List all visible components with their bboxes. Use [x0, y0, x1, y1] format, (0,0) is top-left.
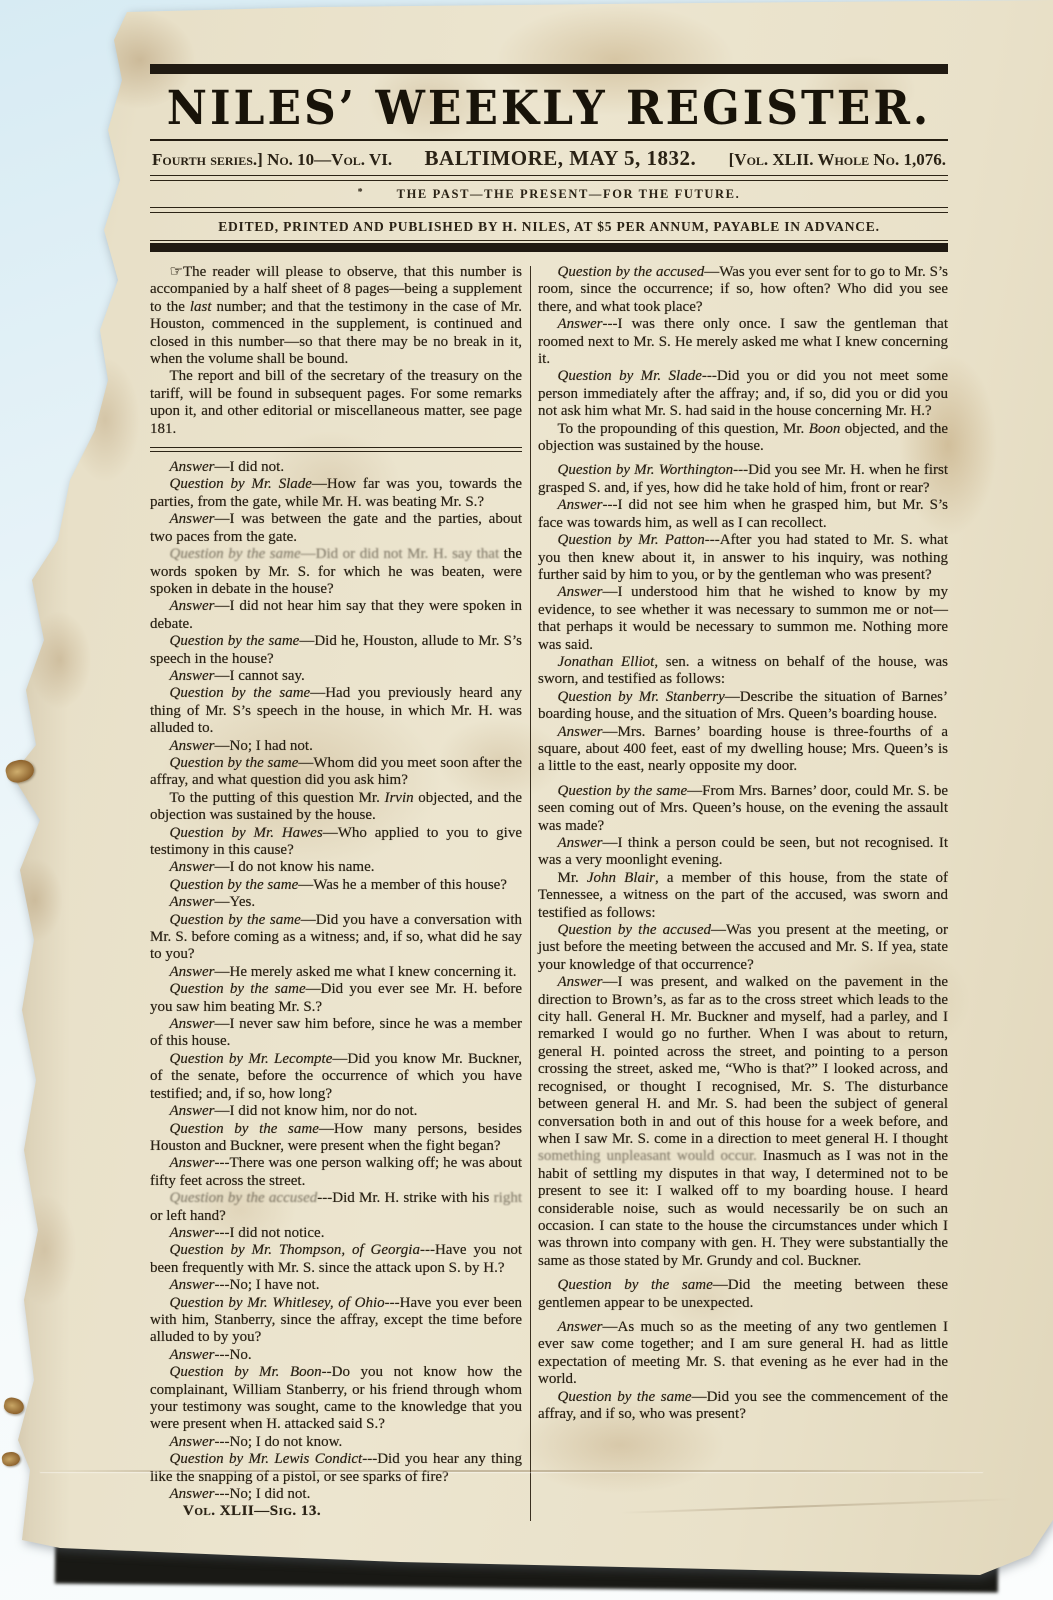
paragraph: To the putting of this question Mr. Irvi…: [150, 790, 522, 825]
rule-above-bottom-bar: [150, 240, 948, 241]
column-left: ☞The reader will please to observe, that…: [150, 264, 522, 1521]
masthead-title: NILES’ WEEKLY REGISTER.: [150, 81, 948, 135]
volume-whole-number-label: [Vol. XLII. Whole No. 1,076.: [729, 150, 946, 170]
volume-signature: Vol. XLII—Sig. 13.: [150, 1503, 522, 1520]
paragraph: Question by Mr. Whitlesey, of Ohio---Hav…: [150, 1295, 522, 1347]
paragraph: Question by the same—Whom did you meet s…: [150, 755, 522, 790]
paragraph: Question by the same—How many persons, b…: [150, 1121, 522, 1156]
paragraph: Answer—I did not know him, nor do not.: [150, 1103, 522, 1120]
scanned-page: NILES’ WEEKLY REGISTER. Fourth series.] …: [0, 0, 1053, 1600]
paragraph: Answer—I never saw him before, since he …: [150, 1016, 522, 1051]
paragraph: Question by Mr. Thompson, of Georgia---H…: [150, 1242, 522, 1277]
editor-notice-2: The report and bill of the secretary of …: [150, 368, 522, 438]
text-columns: ☞The reader will please to observe, that…: [150, 264, 948, 1521]
motto-text: THE PAST—THE PRESENT—FOR THE FUTURE.: [397, 187, 741, 201]
paragraph: Answer---I did not notice.: [150, 1225, 522, 1242]
paragraph: Question by the same—Had you previously …: [150, 685, 522, 737]
editor-notice-1: ☞The reader will please to observe, that…: [150, 264, 522, 368]
paragraph: Question by the same—From Mrs. Barnes’ d…: [538, 783, 948, 835]
paragraph: Answer---No; I do not know.: [150, 1434, 522, 1451]
motto-asterisk: *: [358, 187, 363, 198]
paragraph: Question by Mr. Slade—How far was you, t…: [150, 476, 522, 511]
paragraph: Answer—I was between the gate and the pa…: [150, 511, 522, 546]
printed-area: NILES’ WEEKLY REGISTER. Fourth series.] …: [150, 64, 948, 1521]
paragraph: Answer—Yes.: [150, 894, 522, 911]
paragraph: Answer—As much so as the meeting of any …: [538, 1319, 948, 1389]
paragraph: Question by Mr. Worthington---Did you se…: [538, 462, 948, 497]
paragraph: Question by the same—Did you ever see Mr…: [150, 981, 522, 1016]
column-divider-rule: [530, 266, 531, 1521]
paragraph: Question by the accused---Did Mr. H. str…: [150, 1190, 522, 1225]
paragraph: Jonathan Elliot, sen. a witness on behal…: [538, 654, 948, 689]
paragraph: Answer—I was present, and walked on the …: [538, 974, 948, 1270]
paragraph: Question by the same—Did or did not Mr. …: [150, 546, 522, 598]
paragraph: Question by the same—Did he, Houston, al…: [150, 633, 522, 668]
paragraph: Answer---No; I have not.: [150, 1277, 522, 1294]
masthead: NILES’ WEEKLY REGISTER. Fourth series.] …: [150, 64, 948, 252]
paragraph: Answer—I do not know his name.: [150, 859, 522, 876]
paragraph: Question by the accused—Was you present …: [538, 922, 948, 974]
publisher-line: EDITED, PRINTED AND PUBLISHED BY H. NILE…: [150, 213, 948, 240]
paragraph: Answer---No; I did not.: [150, 1486, 522, 1503]
paragraph: Answer—I think a person could be seen, b…: [538, 835, 948, 870]
paragraph: Answer---No.: [150, 1347, 522, 1364]
series-number-label: Fourth series.] No. 10—Vol. VI.: [152, 150, 392, 170]
masthead-bottom-bar: [150, 243, 948, 252]
paragraph: Question by Mr. Lewis Condict---Did you …: [150, 1451, 522, 1486]
column-right: Question by the accused—Was you ever sen…: [538, 264, 948, 1521]
paper-sheet-wrap: NILES’ WEEKLY REGISTER. Fourth series.] …: [0, 0, 1053, 1600]
paragraph: Question by the same—Did the meeting bet…: [538, 1277, 948, 1312]
city-date-label: BALTIMORE, MAY 5, 1832.: [425, 146, 697, 171]
paragraph: Answer—I cannot say.: [150, 668, 522, 685]
paragraph: Answer—Mrs. Barnes’ boarding house is th…: [538, 724, 948, 776]
masthead-info-line: Fourth series.] No. 10—Vol. VI. BALTIMOR…: [150, 141, 948, 175]
paragraph: To the propounding of this question, Mr.…: [538, 421, 948, 456]
paper-sheet: NILES’ WEEKLY REGISTER. Fourth series.] …: [0, 0, 1053, 1600]
paragraph: Answer—No; I had not.: [150, 738, 522, 755]
paragraph: Question by Mr. Patton---After you had s…: [538, 532, 948, 584]
paragraph: Mr. John Blair, a member of this house, …: [538, 870, 948, 922]
paragraph: Question by the accused—Was you ever sen…: [538, 264, 948, 316]
paragraph: Question by the same—Was he a member of …: [150, 877, 522, 894]
paragraph: Answer—I did not hear him say that they …: [150, 598, 522, 633]
paper-crease: [40, 1470, 983, 1472]
paragraph: Answer—I did not.: [150, 459, 522, 476]
paragraph: Answer—He merely asked me what I knew co…: [150, 964, 522, 981]
paragraph: Question by the same—Did you see the com…: [538, 1389, 948, 1424]
section-divider-rule: [150, 447, 522, 452]
paragraph: Question by Mr. Stanberry—Describe the s…: [538, 689, 948, 724]
paragraph: Answer—I understood him that he wished t…: [538, 584, 948, 654]
paragraph: Question by Mr. Boon--Do you not know ho…: [150, 1364, 522, 1434]
paragraph: Question by Mr. Lecompte—Did you know Mr…: [150, 1051, 522, 1103]
paragraph: Question by Mr. Hawes—Who applied to you…: [150, 825, 522, 860]
masthead-top-bar: [150, 64, 948, 74]
paragraph: Answer---I did not see him when he grasp…: [538, 497, 948, 532]
paragraph: Answer---I was there only once. I saw th…: [538, 316, 948, 368]
paragraph: Answer---There was one person walking of…: [150, 1155, 522, 1190]
motto-line: *THE PAST—THE PRESENT—FOR THE FUTURE.: [150, 181, 948, 207]
paragraph: Question by the same—Did you have a conv…: [150, 912, 522, 964]
paragraph: Question by Mr. Slade---Did you or did y…: [538, 368, 948, 420]
